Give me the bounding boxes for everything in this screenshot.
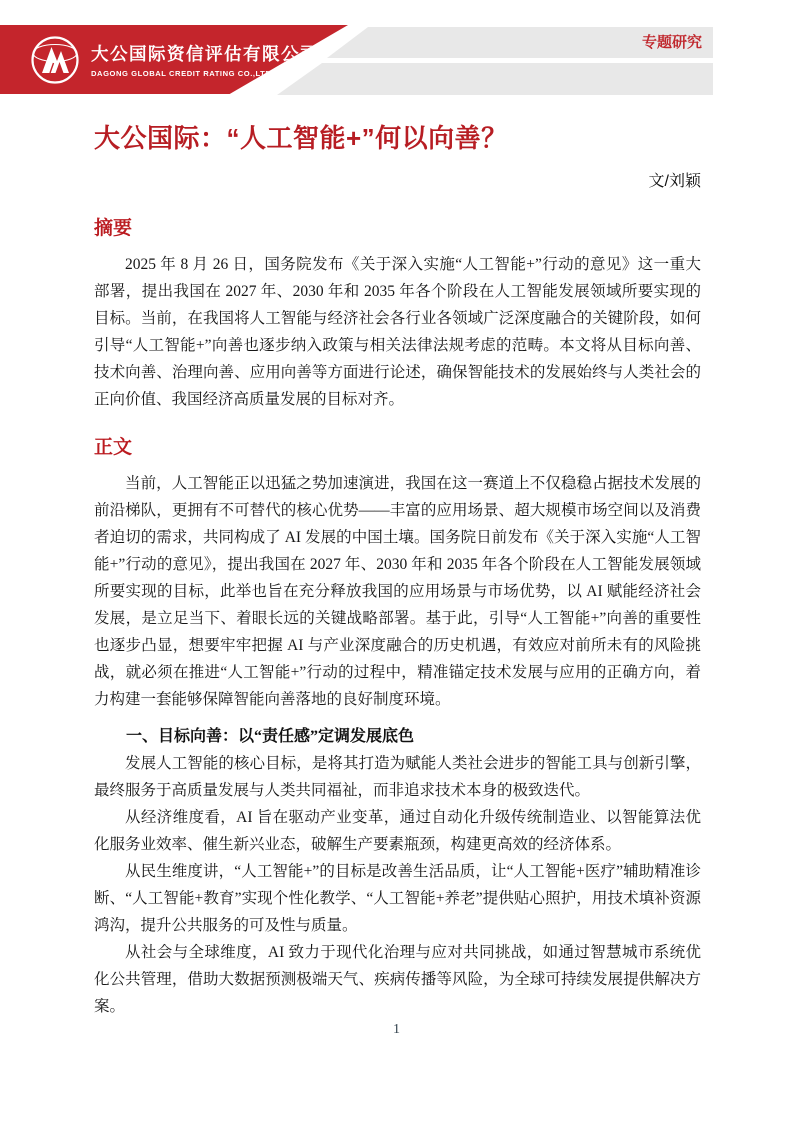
byline: 文/刘颖: [94, 168, 701, 191]
company-name-en: DAGONG GLOBAL CREDIT RATING CO.,LTD: [91, 69, 319, 78]
document-page: 大公国际资信评估有限公司 DAGONG GLOBAL CREDIT RATING…: [0, 0, 793, 1122]
body-intro-paragraph: 当前，人工智能正以迅猛之势加速演进，我国在这一赛道上不仅稳稳占据技术发展的前沿梯…: [94, 470, 701, 713]
page-number: 1: [0, 1022, 793, 1038]
subsection-1-paragraph: 发展人工智能的核心目标，是将其打造为赋能人类社会进步的智能工具与创新引擎，最终服…: [94, 750, 701, 804]
company-name-zh: 大公国际资信评估有限公司: [91, 41, 319, 66]
header-stripe-bottom: [277, 63, 713, 95]
article-title: 大公国际：“人工智能+”何以向善？: [94, 118, 701, 155]
abstract-paragraph: 2025 年 8 月 26 日，国务院发布《关于深入实施“人工智能+”行动的意见…: [94, 251, 701, 413]
subsection-1-paragraph: 从经济维度看，AI 旨在驱动产业变革，通过自动化升级传统制造业、以智能算法优化服…: [94, 804, 701, 858]
company-identity: 大公国际资信评估有限公司 DAGONG GLOBAL CREDIT RATING…: [91, 41, 319, 78]
article-content: 大公国际：“人工智能+”何以向善？ 文/刘颖 摘要 2025 年 8 月 26 …: [94, 118, 701, 1020]
header-stripe-top: 专题研究: [327, 27, 713, 58]
subsection-1-paragraph: 从社会与全球维度，AI 致力于现代化治理与应对共同挑战，如通过智慧城市系统优化公…: [94, 939, 701, 1020]
subsection-1-paragraph: 从民生维度讲，“人工智能+”的目标是改善生活品质，让“人工智能+医疗”辅助精准诊…: [94, 858, 701, 939]
body-heading: 正文: [94, 432, 701, 459]
abstract-heading: 摘要: [94, 213, 701, 240]
report-type-label: 专题研究: [642, 27, 702, 58]
dagong-globe-logo-icon: [30, 35, 80, 85]
subsection-1-heading: 一、目标向善：以“责任感”定调发展底色: [94, 723, 701, 750]
